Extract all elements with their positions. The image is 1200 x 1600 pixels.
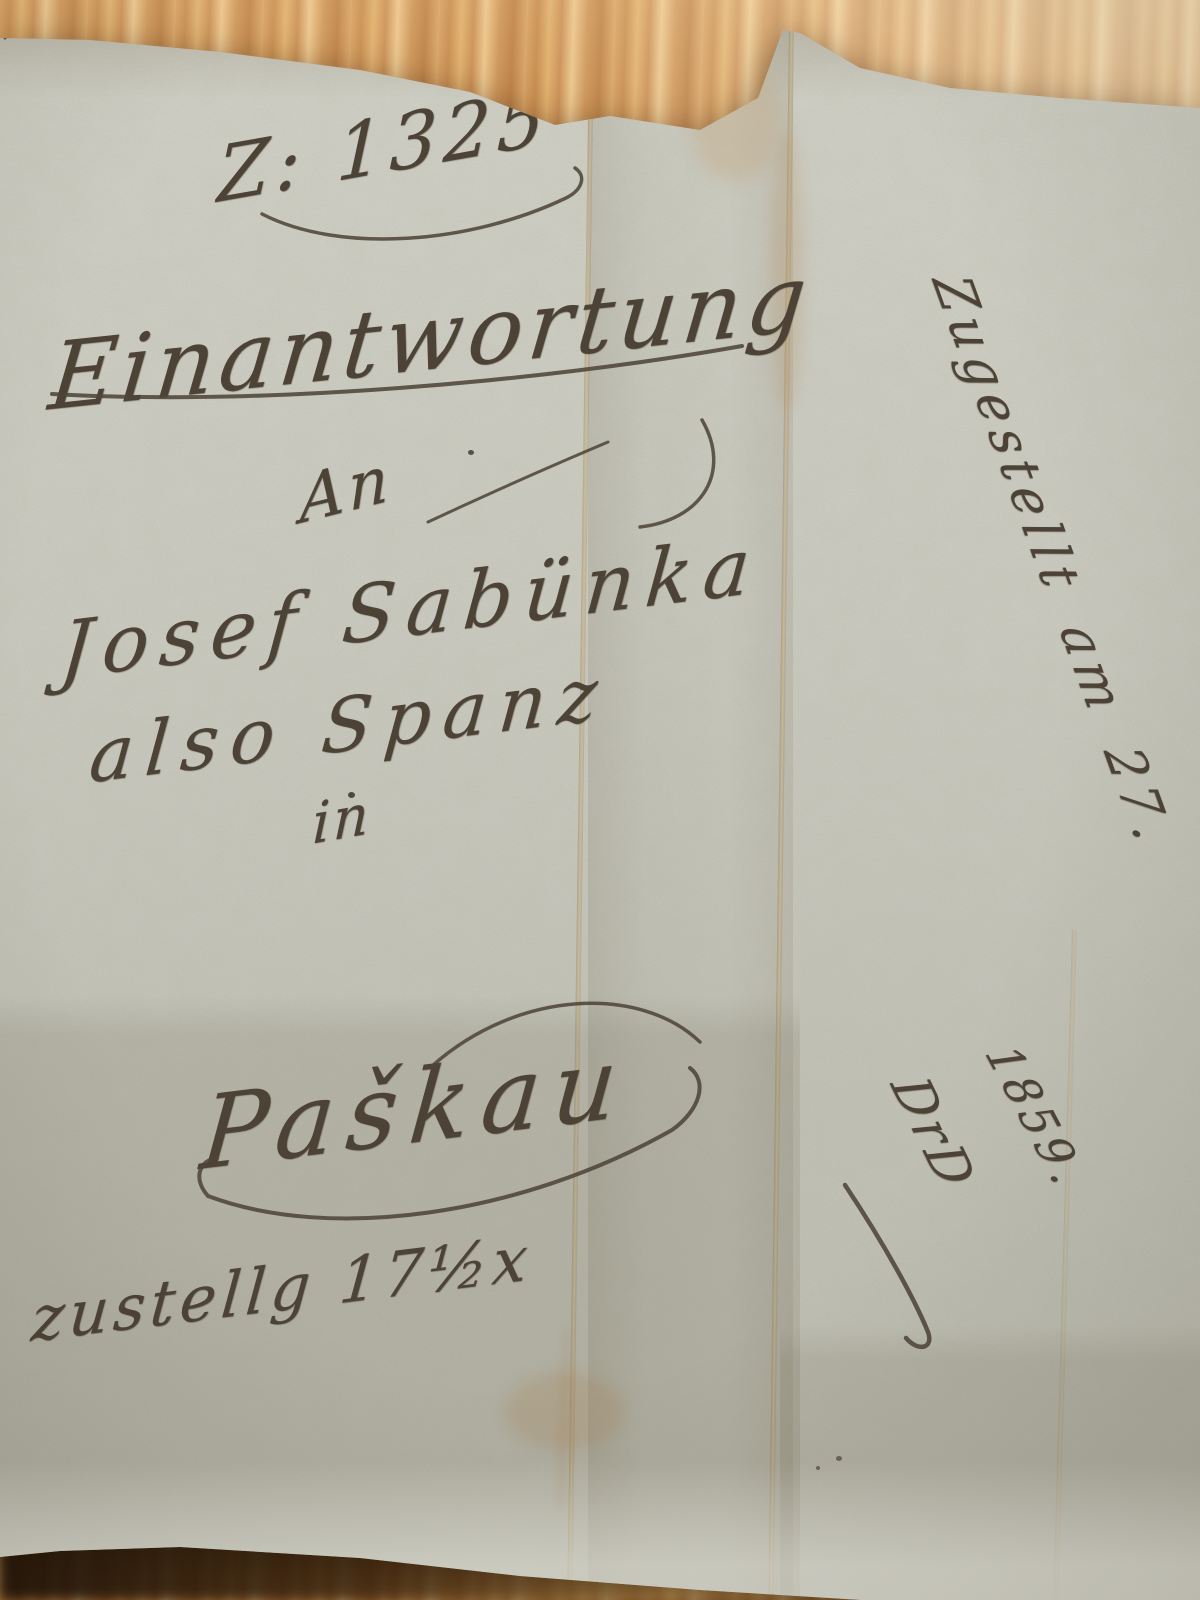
- photo-vignette: [0, 0, 1200, 1600]
- photo-stage: Z: 1325 Einantwortung An Josef Sabünka a…: [0, 0, 1200, 1600]
